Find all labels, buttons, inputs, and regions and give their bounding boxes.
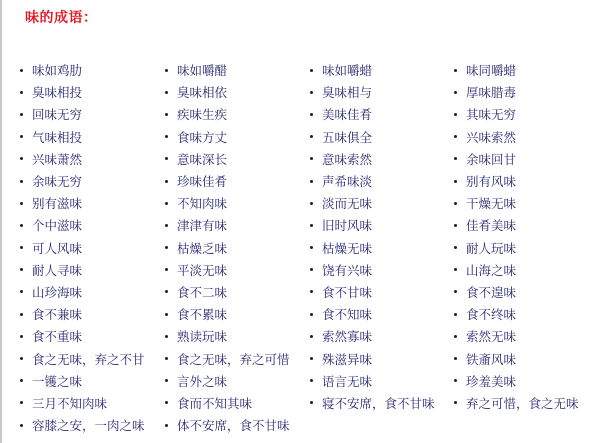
idiom-link[interactable]: 食不知味	[308, 303, 452, 325]
bullet-icon	[20, 91, 23, 94]
bullet-icon	[165, 135, 168, 138]
idiom-label[interactable]: 气味相投	[32, 128, 82, 146]
idiom-link[interactable]: 干燥无味	[452, 192, 592, 214]
idiom-link[interactable]: 可人风味	[18, 237, 163, 259]
idiom-label[interactable]: 食之无味，弃之不甘	[32, 350, 145, 368]
idiom-link[interactable]: 耐人寻味	[18, 259, 163, 281]
idiom-label[interactable]: 索然寡味	[322, 327, 372, 345]
idiom-label[interactable]: 臭味相依	[177, 83, 227, 101]
idiom-link[interactable]: 山海之味	[452, 259, 592, 281]
idiom-link[interactable]: 容膝之安，一肉之味	[18, 414, 163, 436]
idiom-label[interactable]: 淡而无味	[322, 194, 372, 212]
idiom-link[interactable]: 枯燥无味	[308, 237, 452, 259]
bullet-icon	[454, 202, 457, 205]
bullet-icon	[20, 69, 23, 72]
idiom-grid: 味如鸡肋臭味相投回味无穷气味相投兴味萧然余味无穷别有滋味个中滋味可人风味耐人寻味…	[18, 59, 592, 436]
bullet-icon	[310, 113, 313, 116]
idiom-label[interactable]: 食而不知其味	[177, 394, 252, 412]
bullet-icon	[454, 224, 457, 227]
idiom-link[interactable]: 食之无味，弃之可惜	[163, 347, 308, 369]
idiom-label[interactable]: 饶有兴味	[322, 261, 372, 279]
idiom-column-3: 味如嚼蜡臭味相与美味佳肴五味俱全意味索然声希味淡淡而无味旧时风味枯燥无味饶有兴味…	[308, 59, 452, 436]
bullet-icon	[454, 357, 457, 360]
bullet-icon	[310, 290, 313, 293]
idiom-link[interactable]: 厚味腊毒	[452, 81, 592, 103]
idiom-link[interactable]: 臭味相依	[163, 81, 308, 103]
idiom-label[interactable]: 五味俱全	[322, 128, 372, 146]
bullet-icon	[454, 335, 457, 338]
bullet-icon	[165, 157, 168, 160]
bullet-icon	[165, 69, 168, 72]
idiom-label[interactable]: 其味无穷	[466, 105, 516, 123]
idiom-label[interactable]: 意味深长	[177, 150, 227, 168]
idiom-label[interactable]: 佳肴美味	[466, 216, 516, 234]
idiom-label[interactable]: 别有滋味	[32, 194, 82, 212]
idiom-label[interactable]: 言外之味	[177, 372, 227, 390]
bullet-icon	[165, 424, 168, 427]
bullet-icon	[20, 113, 23, 116]
bullet-icon	[165, 313, 168, 316]
idiom-link[interactable]: 别有滋味	[18, 192, 163, 214]
bullet-icon	[454, 113, 457, 116]
idiom-label[interactable]: 殊滋异味	[322, 350, 372, 368]
idiom-link[interactable]: 其味无穷	[452, 103, 592, 125]
idiom-label[interactable]: 熟读玩味	[177, 327, 227, 345]
idiom-label[interactable]: 旧时风味	[322, 216, 372, 234]
idiom-link[interactable]: 回味无穷	[18, 103, 163, 125]
idiom-link[interactable]: 珍羞美味	[452, 370, 592, 392]
idiom-label[interactable]: 津津有味	[177, 216, 227, 234]
bullet-icon	[454, 157, 457, 160]
idiom-label[interactable]: 语言无味	[322, 372, 372, 390]
bullet-icon	[20, 246, 23, 249]
idiom-link[interactable]: 不知肉味	[163, 192, 308, 214]
idiom-label[interactable]: 个中滋味	[32, 216, 82, 234]
idiom-link[interactable]: 意味索然	[308, 148, 452, 170]
idiom-label[interactable]: 食不遑味	[466, 283, 516, 301]
idiom-label[interactable]: 平淡无味	[177, 261, 227, 279]
idiom-link[interactable]: 寝不安席，食不甘味	[308, 392, 452, 414]
idiom-link[interactable]: 食味方丈	[163, 126, 308, 148]
idiom-label[interactable]: 耐人玩味	[466, 239, 516, 257]
bullet-icon	[310, 180, 313, 183]
bullet-icon	[454, 313, 457, 316]
bullet-icon	[20, 424, 23, 427]
bullet-icon	[165, 357, 168, 360]
bullet-icon	[165, 113, 168, 116]
idiom-link[interactable]: 索然无味	[452, 325, 592, 347]
idiom-column-4: 味同嚼蜡厚味腊毒其味无穷兴味索然余味回甘别有风味干燥无味佳肴美味耐人玩味山海之味…	[452, 59, 592, 436]
idiom-label[interactable]: 枯燥无味	[322, 239, 372, 257]
idiom-link[interactable]: 味如嚼醋	[163, 59, 308, 81]
idiom-label[interactable]: 珍味佳肴	[177, 172, 227, 190]
idiom-link[interactable]: 一镬之味	[18, 370, 163, 392]
idiom-link[interactable]: 珍味佳肴	[163, 170, 308, 192]
bullet-icon	[20, 180, 23, 183]
bullet-icon	[165, 224, 168, 227]
idiom-link[interactable]: 淡而无味	[308, 192, 452, 214]
idiom-link[interactable]: 臭味相投	[18, 81, 163, 103]
idiom-link[interactable]: 枯燥乏味	[163, 237, 308, 259]
idiom-link[interactable]: 声希味淡	[308, 170, 452, 192]
idiom-label[interactable]: 食味方丈	[177, 128, 227, 146]
idiom-link[interactable]: 食之无味，弃之不甘	[18, 347, 163, 369]
idiom-link[interactable]: 兴味萧然	[18, 148, 163, 170]
idiom-link[interactable]: 疾味生疾	[163, 103, 308, 125]
bullet-icon	[454, 246, 457, 249]
bullet-icon	[454, 180, 457, 183]
idiom-label[interactable]: 山海之味	[466, 261, 516, 279]
bullet-icon	[310, 313, 313, 316]
bullet-icon	[454, 290, 457, 293]
bullet-icon	[20, 379, 23, 382]
idiom-link[interactable]: 三月不知肉味	[18, 392, 163, 414]
idiom-link[interactable]: 美味佳肴	[308, 103, 452, 125]
bullet-icon	[20, 157, 23, 160]
idiom-link[interactable]: 余味回甘	[452, 148, 592, 170]
idiom-label[interactable]: 枯燥乏味	[177, 239, 227, 257]
idiom-link[interactable]: 言外之味	[163, 370, 308, 392]
idiom-label[interactable]: 食不兼味	[32, 305, 82, 323]
idiom-link[interactable]: 气味相投	[18, 126, 163, 148]
idiom-label[interactable]: 余味回甘	[466, 150, 516, 168]
idiom-label[interactable]: 余味无穷	[32, 172, 82, 190]
idiom-link[interactable]: 食不兼味	[18, 303, 163, 325]
idiom-link[interactable]: 山珍海味	[18, 281, 163, 303]
bullet-icon	[310, 69, 313, 72]
bullet-icon	[20, 357, 23, 360]
idiom-link[interactable]: 耐人玩味	[452, 237, 592, 259]
idiom-link[interactable]: 味如鸡肋	[18, 59, 163, 81]
bullet-icon	[165, 401, 168, 404]
idiom-label[interactable]: 味如嚼蜡	[322, 61, 372, 79]
idiom-label[interactable]: 干燥无味	[466, 194, 516, 212]
idiom-link[interactable]: 五味俱全	[308, 126, 452, 148]
idiom-link[interactable]: 索然寡味	[308, 325, 452, 347]
idiom-label[interactable]: 寝不安席，食不甘味	[322, 394, 435, 412]
idiom-label[interactable]: 意味索然	[322, 150, 372, 168]
idiom-link[interactable]: 食不二味	[163, 281, 308, 303]
idiom-label[interactable]: 食不甘味	[322, 283, 372, 301]
bullet-icon	[20, 313, 23, 316]
bullet-icon	[310, 335, 313, 338]
idiom-link[interactable]: 佳肴美味	[452, 214, 592, 236]
bullet-icon	[165, 180, 168, 183]
idiom-link[interactable]: 铁齑风味	[452, 347, 592, 369]
bullet-icon	[20, 290, 23, 293]
bullet-icon	[20, 135, 23, 138]
idiom-link[interactable]: 弃之可惜，食之无味	[452, 392, 592, 414]
bullet-icon	[165, 290, 168, 293]
bullet-icon	[310, 91, 313, 94]
idiom-link[interactable]: 别有风味	[452, 170, 592, 192]
bullet-icon	[310, 357, 313, 360]
bullet-icon	[454, 69, 457, 72]
idiom-label[interactable]: 声希味淡	[322, 172, 372, 190]
bullet-icon	[20, 268, 23, 271]
idiom-label[interactable]: 弃之可惜，食之无味	[466, 394, 579, 412]
idiom-link[interactable]: 意味深长	[163, 148, 308, 170]
bullet-icon	[454, 268, 457, 271]
idiom-label[interactable]: 山珍海味	[32, 283, 82, 301]
idiom-label[interactable]: 回味无穷	[32, 105, 82, 123]
bullet-icon	[20, 202, 23, 205]
bullet-icon	[454, 379, 457, 382]
bullet-icon	[310, 401, 313, 404]
idiom-link[interactable]: 食不累味	[163, 303, 308, 325]
idiom-label[interactable]: 耐人寻味	[32, 261, 82, 279]
bullet-icon	[310, 379, 313, 382]
idiom-label[interactable]: 食不知味	[322, 305, 372, 323]
idiom-label[interactable]: 食不重味	[32, 327, 82, 345]
idiom-link[interactable]: 语言无味	[308, 370, 452, 392]
bullet-icon	[165, 268, 168, 271]
idiom-link[interactable]: 味如嚼蜡	[308, 59, 452, 81]
bullet-icon	[310, 202, 313, 205]
idiom-link[interactable]: 殊滋异味	[308, 347, 452, 369]
idiom-label[interactable]: 食之无味，弃之可惜	[177, 350, 290, 368]
idiom-link[interactable]: 熟读玩味	[163, 325, 308, 347]
bullet-icon	[310, 224, 313, 227]
idiom-link[interactable]: 津津有味	[163, 214, 308, 236]
idiom-link[interactable]: 余味无穷	[18, 170, 163, 192]
idiom-label[interactable]: 臭味相投	[32, 83, 82, 101]
idiom-column-2: 味如嚼醋臭味相依疾味生疾食味方丈意味深长珍味佳肴不知肉味津津有味枯燥乏味平淡无味…	[163, 59, 308, 436]
idiom-label[interactable]: 味同嚼蜡	[466, 61, 516, 79]
page-title: 味的成语：	[25, 9, 98, 27]
idiom-label[interactable]: 美味佳肴	[322, 105, 372, 123]
idiom-link[interactable]: 味同嚼蜡	[452, 59, 592, 81]
idiom-link[interactable]: 平淡无味	[163, 259, 308, 281]
idiom-label[interactable]: 索然无味	[466, 327, 516, 345]
idiom-label[interactable]: 食不二味	[177, 283, 227, 301]
bullet-icon	[165, 335, 168, 338]
idiom-link[interactable]: 饶有兴味	[308, 259, 452, 281]
bullet-icon	[165, 91, 168, 94]
bullet-icon	[310, 246, 313, 249]
idiom-column-1: 味如鸡肋臭味相投回味无穷气味相投兴味萧然余味无穷别有滋味个中滋味可人风味耐人寻味…	[18, 59, 163, 436]
idiom-label[interactable]: 食不累味	[177, 305, 227, 323]
bullet-icon	[165, 246, 168, 249]
idiom-label[interactable]: 味如嚼醋	[177, 61, 227, 79]
idiom-link[interactable]: 食而不知其味	[163, 392, 308, 414]
idiom-label[interactable]: 厚味腊毒	[466, 83, 516, 101]
idiom-link[interactable]: 食不终味	[452, 303, 592, 325]
idiom-label[interactable]: 味如鸡肋	[32, 61, 82, 79]
idiom-label[interactable]: 体不安席，食不甘味	[177, 416, 290, 434]
bullet-icon	[310, 157, 313, 160]
left-border	[0, 0, 2, 443]
idiom-label[interactable]: 食不终味	[466, 305, 516, 323]
idiom-label[interactable]: 珍羞美味	[466, 372, 516, 390]
idiom-label[interactable]: 容膝之安，一肉之味	[32, 416, 145, 434]
idiom-label[interactable]: 三月不知肉味	[32, 394, 107, 412]
idiom-label[interactable]: 臭味相与	[322, 83, 372, 101]
idiom-label[interactable]: 别有风味	[466, 172, 516, 190]
idiom-link[interactable]: 兴味索然	[452, 126, 592, 148]
bullet-icon	[20, 401, 23, 404]
idiom-link[interactable]: 食不遑味	[452, 281, 592, 303]
bullet-icon	[20, 335, 23, 338]
idiom-link[interactable]: 个中滋味	[18, 214, 163, 236]
idiom-label[interactable]: 铁齑风味	[466, 350, 516, 368]
bullet-icon	[310, 135, 313, 138]
idiom-label[interactable]: 可人风味	[32, 239, 82, 257]
bullet-icon	[310, 268, 313, 271]
idiom-link[interactable]: 食不重味	[18, 325, 163, 347]
bullet-icon	[165, 379, 168, 382]
idiom-label[interactable]: 兴味萧然	[32, 150, 82, 168]
idiom-link[interactable]: 旧时风味	[308, 214, 452, 236]
idiom-label[interactable]: 不知肉味	[177, 194, 227, 212]
idiom-link[interactable]: 体不安席，食不甘味	[163, 414, 308, 436]
bullet-icon	[20, 224, 23, 227]
bullet-icon	[454, 91, 457, 94]
idiom-link[interactable]: 食不甘味	[308, 281, 452, 303]
bullet-icon	[454, 401, 457, 404]
idiom-link[interactable]: 臭味相与	[308, 81, 452, 103]
idiom-label[interactable]: 疾味生疾	[177, 105, 227, 123]
idiom-label[interactable]: 一镬之味	[32, 372, 82, 390]
bullet-icon	[454, 135, 457, 138]
bullet-icon	[165, 202, 168, 205]
idiom-label[interactable]: 兴味索然	[466, 128, 516, 146]
